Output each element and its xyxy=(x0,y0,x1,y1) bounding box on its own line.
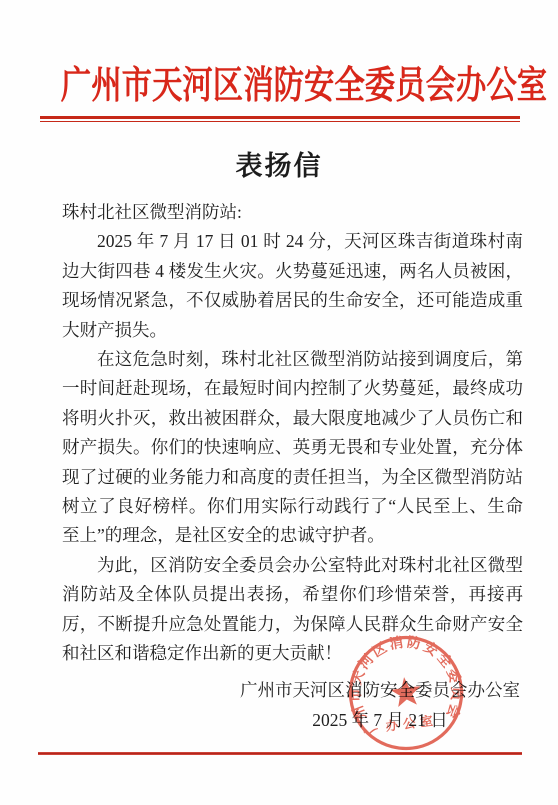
letterhead-rule xyxy=(40,116,520,122)
closing-block: 广州市天河区消防安全委员会办公室 2025 年 7 月 21 日 xyxy=(240,676,520,735)
letterhead-title: 广州市天河区消防安全委员会办公室 xyxy=(0,54,558,109)
letterhead-title-text: 广州市天河区消防安全委员会办公室 xyxy=(61,54,547,109)
footer-rule xyxy=(38,752,522,755)
letter-title: 表扬信 xyxy=(0,144,558,183)
signature-date: 2025 年 7 月 21 日 xyxy=(240,706,520,736)
commendation-letter-page: 广州市天河区消防安全委员会办公室 表扬信 珠村北社区微型消防站: 2025 年 … xyxy=(0,0,558,805)
paragraph-3: 为此，区消防安全委员会办公室特此对珠村北社区微型消防站及全体队员提出表扬，希望你… xyxy=(62,551,523,669)
paragraph-1: 2025 年 7 月 17 日 01 时 24 分，天河区珠吉街道珠村南边大街四… xyxy=(62,227,523,345)
salutation: 珠村北社区微型消防站: xyxy=(62,198,523,227)
paragraph-2: 在这危急时刻，珠村北社区微型消防站接到调度后，第一时间赶赴现场，在最短时间内控制… xyxy=(62,345,523,551)
letter-body: 珠村北社区微型消防站: 2025 年 7 月 17 日 01 时 24 分，天河… xyxy=(62,198,523,669)
signature-org: 广州市天河区消防安全委员会办公室 xyxy=(240,676,520,706)
